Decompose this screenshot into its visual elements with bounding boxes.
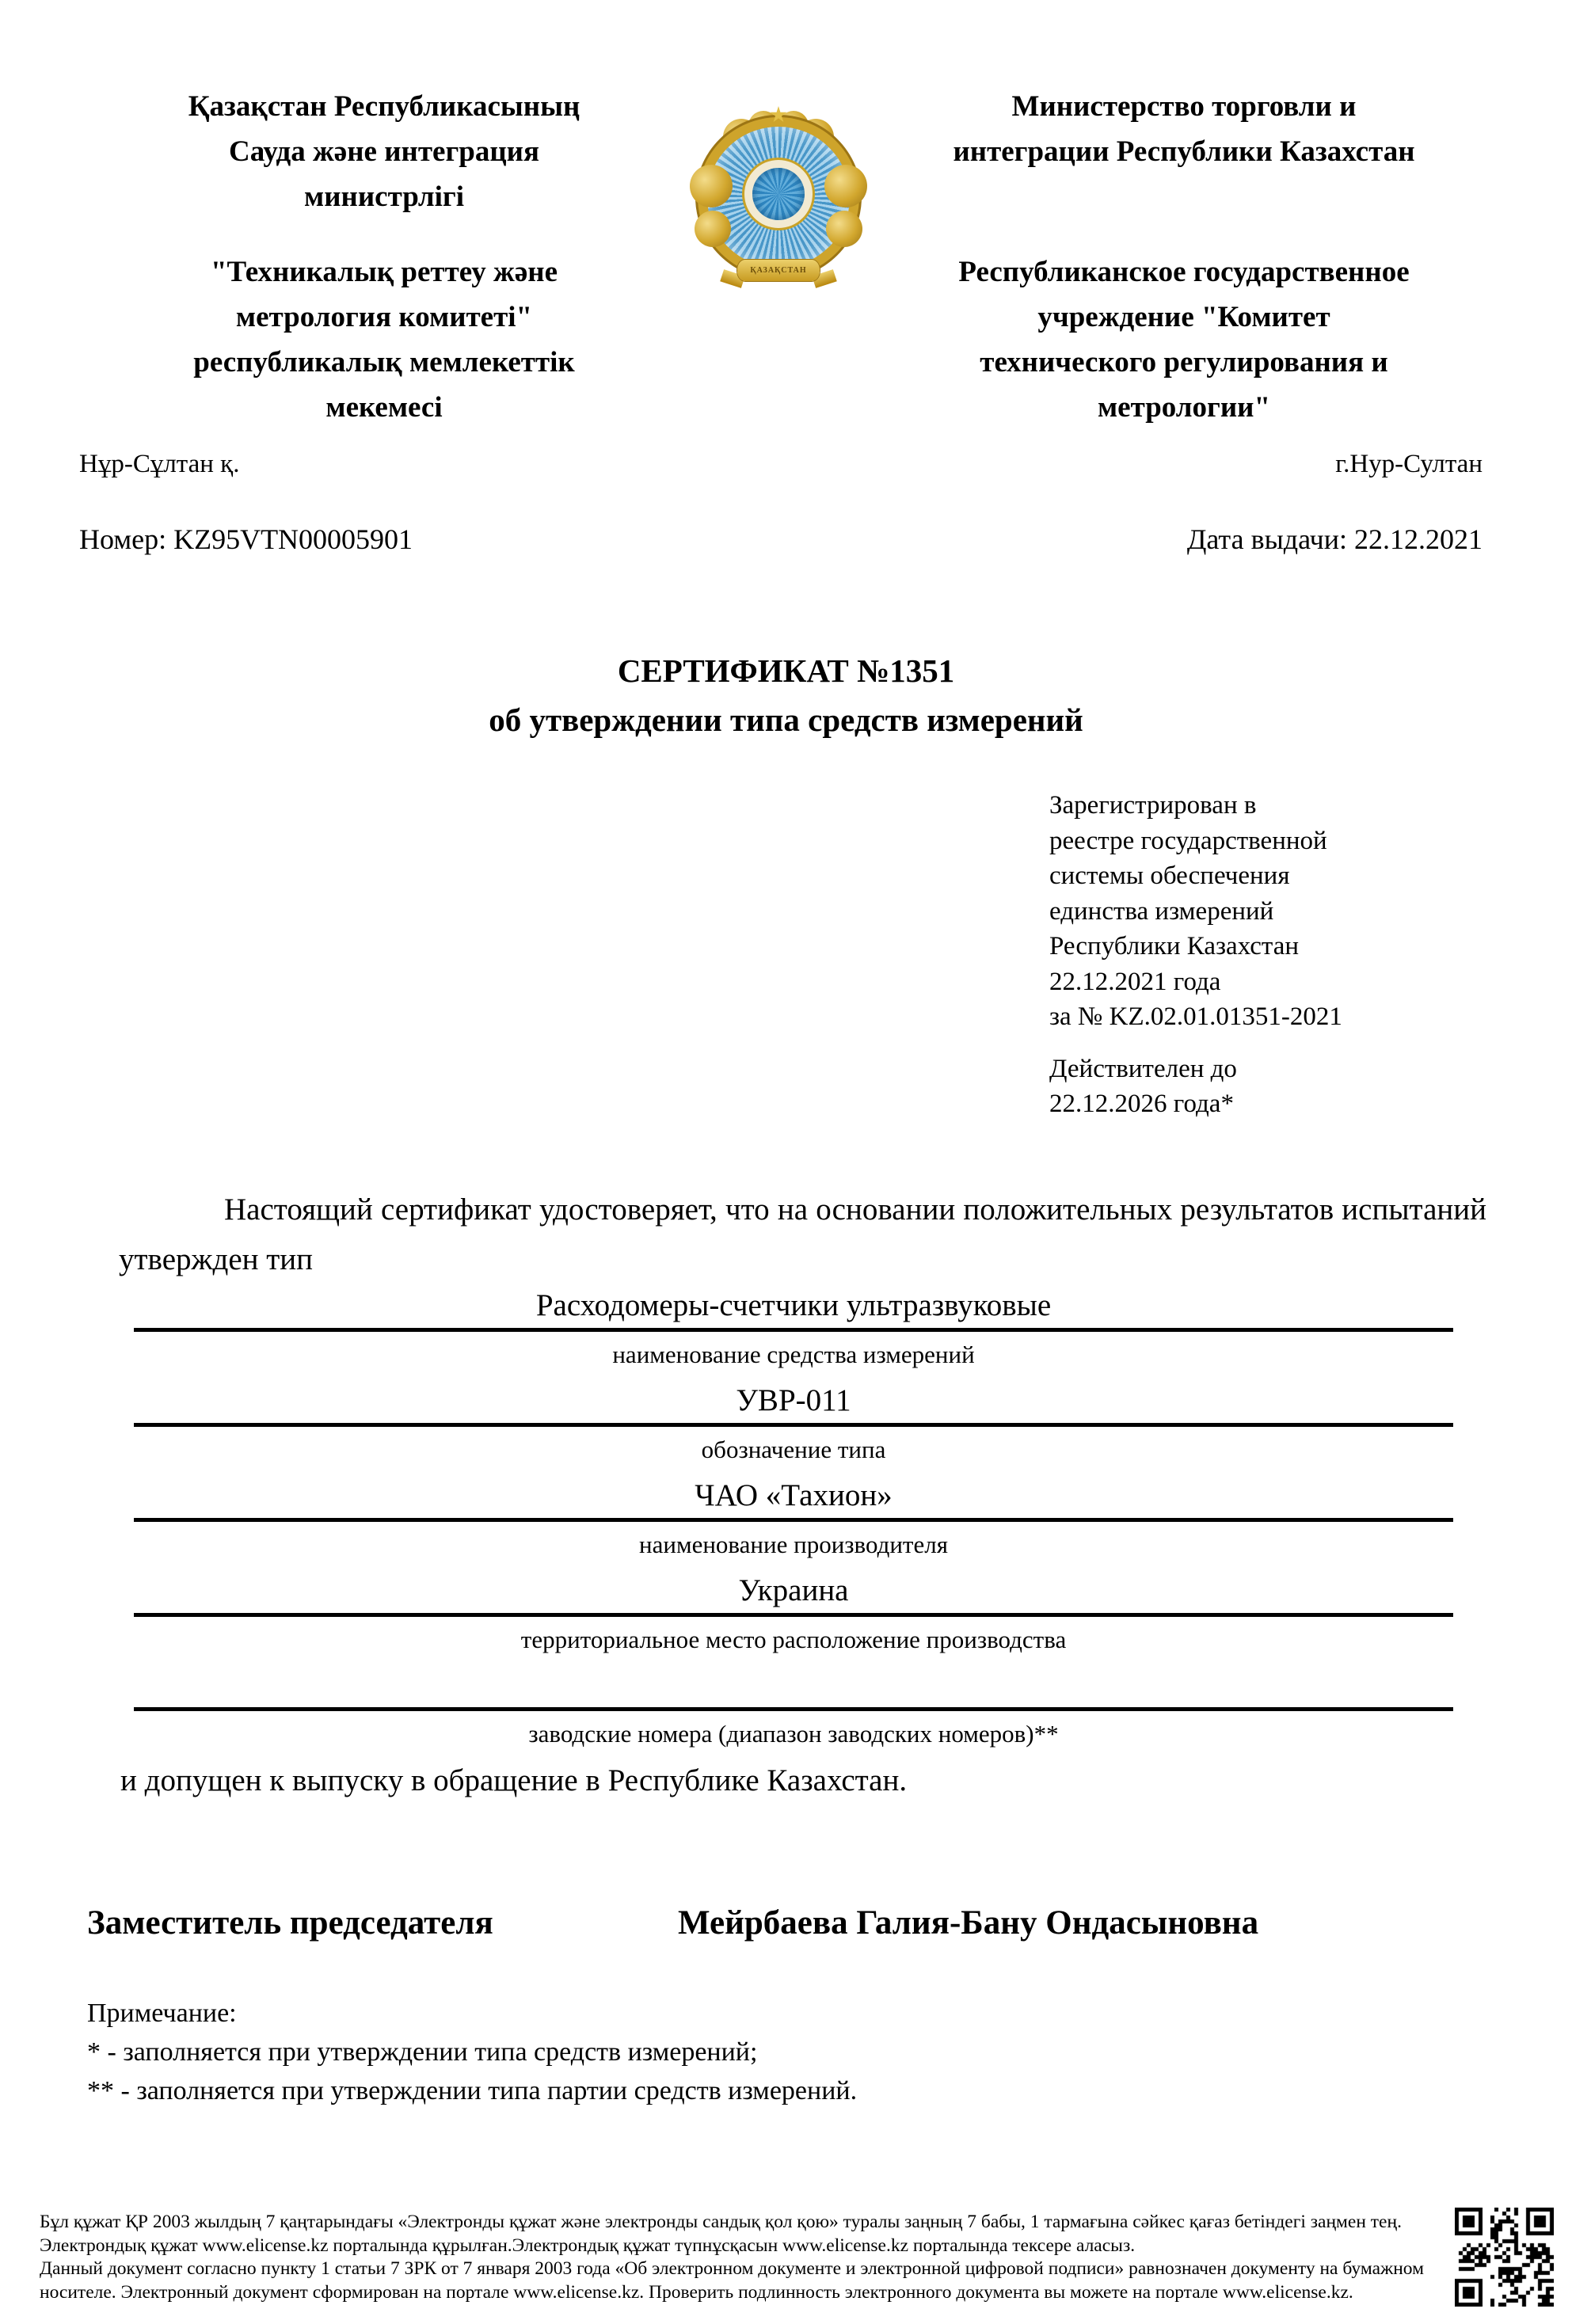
footer-line: носителе. Электронный документ сформиров…	[40, 2281, 1441, 2305]
field-caption: наименование производителя	[134, 1522, 1453, 1561]
number-value: KZ95VTN00005901	[173, 523, 413, 555]
field-caption: наименование средства измерений	[134, 1332, 1453, 1371]
ministry-name-kk: Қазақстан Республикасының Сауда және инт…	[75, 84, 693, 219]
certificate-fields: Расходомеры-счетчики ультразвуковые наим…	[134, 1288, 1453, 1750]
signature-row: Заместитель председателя Мейрбаева Галия…	[0, 1904, 1572, 1951]
title-line-1: СЕРТИФИКАТ №1351	[0, 646, 1572, 695]
date-label: Дата выдачи:	[1187, 523, 1347, 555]
signer-name: Мейрбаева Галия-Бану Ондасыновна	[678, 1904, 1258, 1942]
header-issuer-kk: Қазақстан Республикасының Сауда және инт…	[75, 84, 693, 430]
field-production-location: Украина территориальное место расположен…	[134, 1561, 1453, 1656]
field-value: Расходомеры-счетчики ультразвуковые	[134, 1288, 1453, 1332]
emblem-ornament	[690, 165, 733, 207]
closing-statement: и допущен к выпуску в обращение в Респуб…	[120, 1763, 907, 1798]
field-serial-numbers: заводские номера (диапазон заводских ном…	[134, 1656, 1453, 1750]
field-caption: заводские номера (диапазон заводских ном…	[134, 1711, 1453, 1750]
number-date-row: Номер: KZ95VTN00005901 Дата выдачи: 22.1…	[79, 523, 1483, 556]
certificate-statement: Настоящий сертификат удостоверяет, что н…	[119, 1185, 1486, 1284]
kazakhstan-coat-of-arms-icon: ҚАЗАҚСТАН	[695, 116, 862, 295]
issue-date: Дата выдачи: 22.12.2021	[1187, 523, 1483, 556]
ministry-name-ru: Министерство торговли и интеграции Респу…	[867, 84, 1501, 174]
title-line-2: об утверждении типа средств измерений	[0, 695, 1572, 744]
committee-name-kk: "Техникалық реттеу және метрология комит…	[75, 249, 693, 430]
notes-label: Примечание:	[87, 1994, 857, 2033]
note-item: * - заполняется при утверждении типа сре…	[87, 2033, 857, 2071]
field-caption: территориальное место расположение произ…	[134, 1617, 1453, 1656]
emblem-ornament	[824, 165, 867, 207]
qr-code-icon	[1455, 2208, 1554, 2307]
date-value: 22.12.2021	[1354, 523, 1483, 555]
field-value: УВР-011	[134, 1371, 1453, 1427]
legal-footer: Бұл құжат ҚР 2003 жылдың 7 қаңтарындағы …	[40, 2211, 1441, 2304]
field-type-designation: УВР-011 обозначение типа	[134, 1371, 1453, 1466]
field-manufacturer: ЧАО «Тахион» наименование производителя	[134, 1466, 1453, 1561]
registration-block: Зарегистрирован в реестре государственно…	[1049, 788, 1501, 1122]
field-value-empty	[134, 1656, 1453, 1711]
city-ru: г.Нур-Султан	[1335, 450, 1483, 479]
certificate-number: Номер: KZ95VTN00005901	[79, 523, 413, 556]
city-row: Нұр-Сұлтан қ. г.Нур-Султан	[79, 450, 1483, 479]
city-kk: Нұр-Сұлтан қ.	[79, 450, 239, 479]
emblem-banner: ҚАЗАҚСТАН	[737, 260, 820, 281]
valid-until-text: Действителен до 22.12.2026 года*	[1049, 1052, 1501, 1122]
notes-block: Примечание: * - заполняется при утвержде…	[87, 1994, 857, 2110]
committee-name-ru: Республиканское государственное учрежден…	[867, 249, 1501, 430]
registration-text: Зарегистрирован в реестре государственно…	[1049, 788, 1501, 1035]
number-label: Номер:	[79, 523, 166, 555]
emblem-ornament	[826, 211, 862, 247]
certificate-title: СЕРТИФИКАТ №1351 об утверждении типа сре…	[0, 646, 1572, 744]
footer-line: Бұл құжат ҚР 2003 жылдың 7 қаңтарындағы …	[40, 2211, 1441, 2235]
emblem-ornament	[695, 211, 731, 247]
field-value: Украина	[134, 1561, 1453, 1617]
note-item: ** - заполняется при утверждении типа па…	[87, 2071, 857, 2110]
emblem-shanyrak	[752, 168, 805, 220]
signer-position: Заместитель председателя	[87, 1904, 493, 1942]
certificate-page: Қазақстан Республикасының Сауда және инт…	[0, 0, 1572, 2324]
header-issuer-ru: Министерство торговли и интеграции Респу…	[867, 84, 1501, 430]
footer-line: Электрондық құжат www.elicense.kz портал…	[40, 2235, 1441, 2258]
field-caption: обозначение типа	[134, 1427, 1453, 1466]
field-value: ЧАО «Тахион»	[134, 1466, 1453, 1522]
footer-line: Данный документ согласно пункту 1 статьи…	[40, 2257, 1441, 2281]
field-instrument-name: Расходомеры-счетчики ультразвуковые наим…	[134, 1288, 1453, 1371]
